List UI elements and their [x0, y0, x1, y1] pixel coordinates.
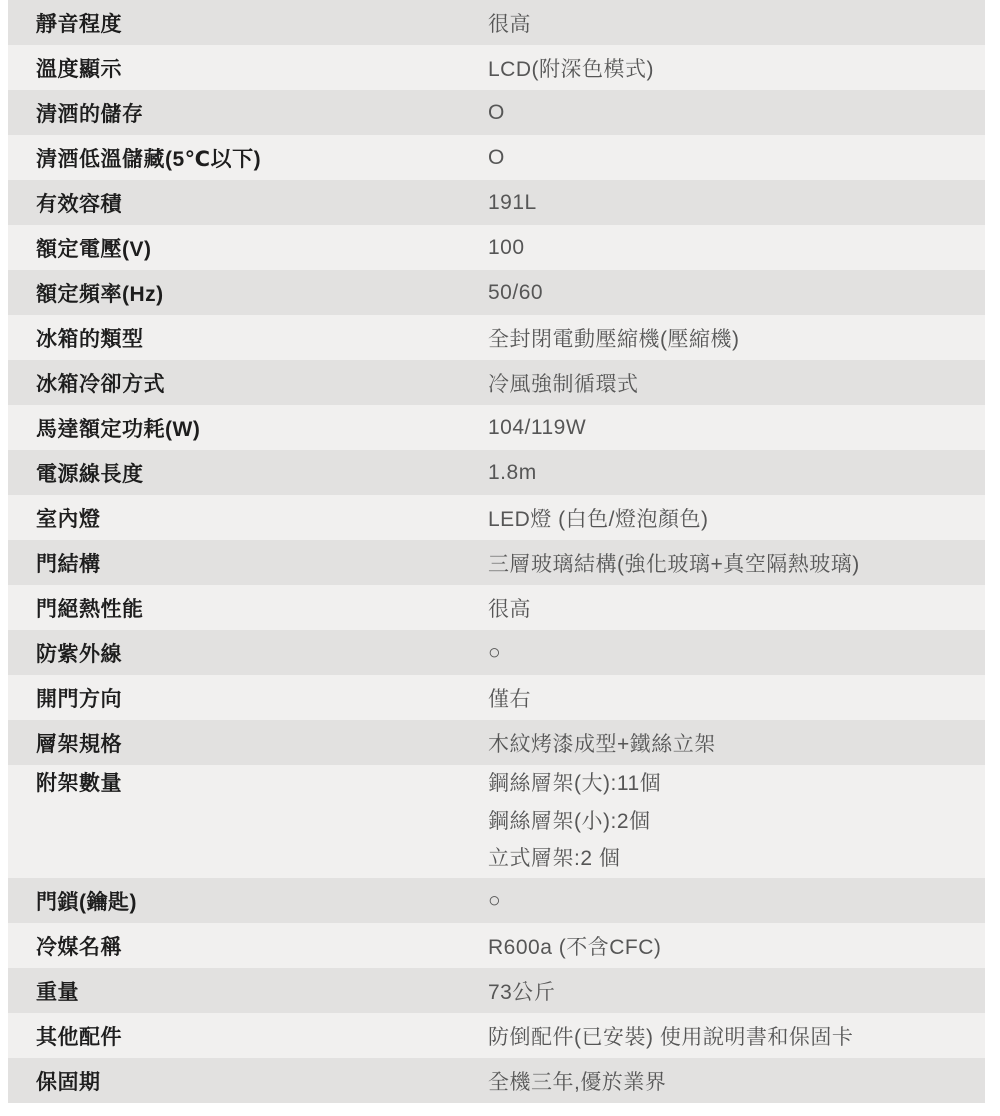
spec-value: O [488, 146, 985, 170]
spec-label: 保固期 [8, 1066, 488, 1096]
spec-value: 191L [488, 191, 985, 215]
spec-row: 保固期 全機三年,優於業界 [8, 1058, 985, 1103]
spec-value: 73公斤 [488, 976, 985, 1006]
spec-row: 有效容積 191L [8, 180, 985, 225]
spec-label: 額定電壓(V) [8, 233, 488, 263]
spec-row: 清酒的儲存 O [8, 90, 985, 135]
spec-label: 室內燈 [8, 503, 488, 533]
spec-value-line: 鋼絲層架(小):2個 [488, 803, 975, 841]
spec-label: 門鎖(鑰匙) [8, 886, 488, 916]
spec-value-line: 鋼絲層架(大):11個 [488, 765, 975, 803]
spec-table: 靜音程度 很高 溫度顯示 LCD(附深色模式) 清酒的儲存 O 清酒低溫儲藏(5… [8, 0, 985, 1103]
spec-row-shelf-count: 附架數量 鋼絲層架(大):11個 鋼絲層架(小):2個 立式層架:2 個 [8, 765, 985, 878]
spec-label: 冰箱的類型 [8, 323, 488, 353]
spec-row: 冷媒名稱 R600a (不含CFC) [8, 923, 985, 968]
spec-value: 很高 [488, 593, 985, 623]
spec-label: 層架規格 [8, 728, 488, 758]
spec-value: 很高 [488, 8, 985, 38]
spec-value: R600a (不含CFC) [488, 931, 985, 961]
spec-value: ○ [488, 889, 985, 913]
spec-value: 全機三年,優於業界 [488, 1066, 985, 1096]
spec-label: 清酒的儲存 [8, 98, 488, 128]
spec-value: 全封閉電動壓縮機(壓縮機) [488, 323, 985, 353]
spec-row: 額定電壓(V) 100 [8, 225, 985, 270]
spec-label: 開門方向 [8, 683, 488, 713]
spec-value: 50/60 [488, 281, 985, 305]
spec-label: 電源線長度 [8, 458, 488, 488]
spec-row: 防紫外線 ○ [8, 630, 985, 675]
spec-value: 防倒配件(已安裝) 使用說明書和保固卡 [488, 1021, 985, 1051]
spec-value: 木紋烤漆成型+鐵絲立架 [488, 728, 985, 758]
spec-row: 開門方向 僅右 [8, 675, 985, 720]
spec-label: 冷媒名稱 [8, 931, 488, 961]
spec-label: 溫度顯示 [8, 53, 488, 83]
spec-label: 靜音程度 [8, 8, 488, 38]
spec-label: 門絕熱性能 [8, 593, 488, 623]
spec-row: 額定頻率(Hz) 50/60 [8, 270, 985, 315]
spec-row: 層架規格 木紋烤漆成型+鐵絲立架 [8, 720, 985, 765]
spec-value: 1.8m [488, 461, 985, 485]
spec-value: LCD(附深色模式) [488, 53, 985, 83]
spec-label: 清酒低溫儲藏(5℃以下) [8, 143, 488, 173]
spec-value: 100 [488, 236, 985, 260]
spec-label: 附架數量 [8, 765, 488, 803]
spec-row: 電源線長度 1.8m [8, 450, 985, 495]
spec-row: 靜音程度 很高 [8, 0, 985, 45]
spec-label: 其他配件 [8, 1021, 488, 1051]
spec-value: ○ [488, 641, 985, 665]
spec-value: 104/119W [488, 416, 985, 440]
spec-value: 僅右 [488, 683, 985, 713]
spec-row: 重量 73公斤 [8, 968, 985, 1013]
spec-row: 門結構 三層玻璃結構(強化玻璃+真空隔熱玻璃) [8, 540, 985, 585]
spec-row: 溫度顯示 LCD(附深色模式) [8, 45, 985, 90]
spec-row: 冰箱的類型 全封閉電動壓縮機(壓縮機) [8, 315, 985, 360]
spec-row: 門絕熱性能 很高 [8, 585, 985, 630]
spec-value: 冷風強制循環式 [488, 368, 985, 398]
spec-label: 馬達額定功耗(W) [8, 413, 488, 443]
spec-value: 鋼絲層架(大):11個 鋼絲層架(小):2個 立式層架:2 個 [488, 765, 985, 878]
spec-value: LED燈 (白色/燈泡顏色) [488, 503, 985, 533]
spec-row: 清酒低溫儲藏(5℃以下) O [8, 135, 985, 180]
spec-label: 防紫外線 [8, 638, 488, 668]
spec-label: 冰箱冷卻方式 [8, 368, 488, 398]
spec-label: 額定頻率(Hz) [8, 278, 488, 308]
spec-label: 有效容積 [8, 188, 488, 218]
spec-row: 馬達額定功耗(W) 104/119W [8, 405, 985, 450]
spec-label: 重量 [8, 976, 488, 1006]
spec-row: 室內燈 LED燈 (白色/燈泡顏色) [8, 495, 985, 540]
spec-row: 其他配件 防倒配件(已安裝) 使用說明書和保固卡 [8, 1013, 985, 1058]
spec-row: 冰箱冷卻方式 冷風強制循環式 [8, 360, 985, 405]
spec-value-line: 立式層架:2 個 [488, 840, 975, 878]
spec-row: 門鎖(鑰匙) ○ [8, 878, 985, 923]
spec-label: 門結構 [8, 548, 488, 578]
spec-value: 三層玻璃結構(強化玻璃+真空隔熱玻璃) [488, 548, 985, 578]
spec-value: O [488, 101, 985, 125]
